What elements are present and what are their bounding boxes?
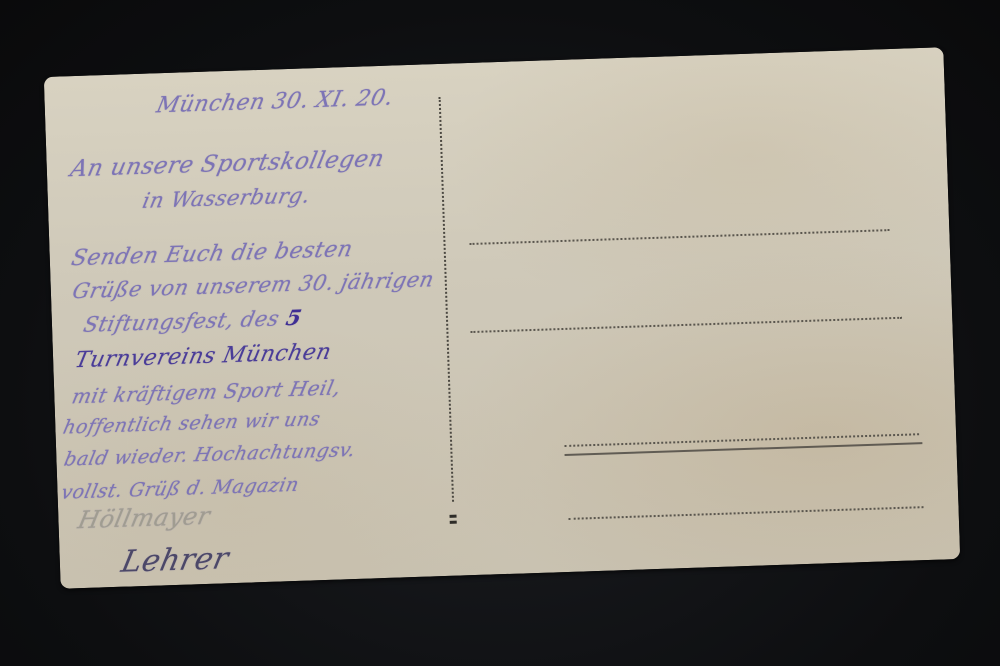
signature-lehrer: Lehrer	[118, 541, 232, 580]
message-line-5: Stiftungsfest, des 5	[81, 305, 304, 337]
message-line-9: bald wieder. Hochachtungsv.	[62, 439, 358, 471]
message-line-5-text: Stiftungsfest, des	[81, 306, 282, 337]
message-line-4-text: Grüße von unserem 30. jährigen	[70, 267, 436, 303]
address-line-4	[569, 506, 924, 520]
divider-mark	[450, 521, 457, 524]
address-line-2	[470, 317, 902, 333]
divider-marks	[449, 515, 457, 527]
message-line-1: An unsere Sportskollegen	[68, 146, 387, 183]
message-line-4: Grüße von unserem 30. jährigen	[70, 267, 436, 303]
message-line-10: vollst. Grüß d. Magazin	[59, 474, 301, 504]
date-line: München 30. XI. 20.	[154, 85, 396, 118]
inserted-mark: 5	[284, 305, 305, 331]
photo-scene: München 30. XI. 20. An unsere Sportskoll…	[0, 0, 1000, 666]
center-divider-line	[439, 97, 454, 502]
postcard-back: München 30. XI. 20. An unsere Sportskoll…	[44, 47, 960, 589]
message-line-8: hoffentlich sehen wir uns	[61, 408, 322, 439]
divider-mark	[449, 515, 456, 518]
message-line-2: in Wasserburg.	[140, 183, 312, 213]
message-line-6: Turnvereins München	[72, 340, 333, 374]
pencil-signature: Höllmayer	[75, 502, 213, 535]
address-line-1	[469, 229, 889, 245]
message-line-3: Senden Euch die besten	[69, 237, 355, 272]
message-line-7: mit kräftigem Sport Heil,	[70, 375, 344, 408]
